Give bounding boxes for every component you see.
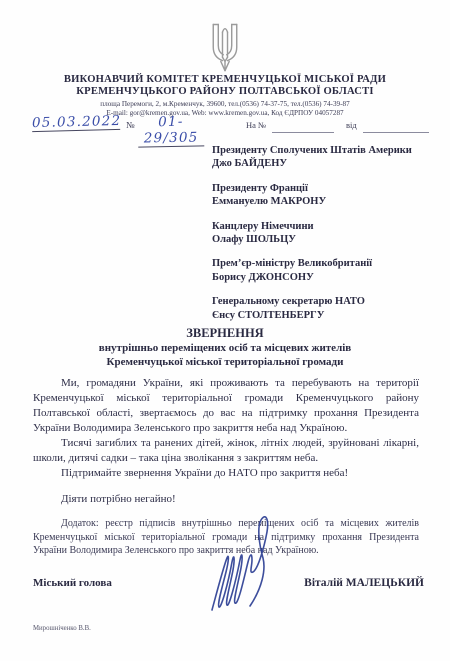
number-sign: № (126, 120, 135, 130)
scanned-letter-page: ВИКОНАВЧИЙ КОМІТЕТ КРЕМЕНЧУЦЬКОЇ МІСЬКОЇ… (0, 0, 450, 661)
org-address: площа Перемоги, 2, м.Кременчук, 39600, т… (0, 100, 450, 109)
addressees-block: Президенту Сполучених Штатів Америки Джо… (212, 144, 442, 333)
addressee-name: Еммануелю МАКРОНУ (212, 195, 442, 208)
document-subtitle-line2: Кременчуцької міської територіальної гро… (0, 355, 450, 369)
signature-row: Міський голова Віталій МАЛЕЦЬКИЙ (33, 577, 424, 589)
addressee-name: Джо БАЙДЕНУ (212, 157, 442, 170)
addressee-germany: Канцлеру Німеччини Олафу ШОЛЬЦУ (212, 220, 442, 247)
addressee-name: Єнсу СТОЛТЕНБЕРГУ (212, 309, 442, 322)
addressee-usa: Президенту Сполучених Штатів Америки Джо… (212, 144, 442, 171)
addressee-name: Олафу ШОЛЬЦУ (212, 233, 442, 246)
signer-position: Міський голова (33, 577, 112, 589)
addressee-uk: Прем’єр-міністру Великобританії Борису Д… (212, 257, 442, 284)
addressee-title: Канцлеру Німеччини (212, 220, 442, 233)
signature-icon (203, 510, 305, 620)
addressee-title: Президенту Сполучених Штатів Америки (212, 144, 442, 157)
addressee-nato: Генеральному секретарю НАТО Єнсу СТОЛТЕН… (212, 295, 442, 322)
paragraph-casualties: Тисячі загиблих та ранених дітей, жінок,… (33, 436, 419, 466)
org-name-line2: КРЕМЕНЧУЦЬКОГО РАЙОНУ ПОЛТАВСЬКОЇ ОБЛАСТ… (0, 86, 450, 98)
from-date-label: від (346, 120, 357, 130)
handwritten-date: 05.03.2022 (32, 113, 120, 132)
ukraine-trident-icon (206, 22, 244, 74)
paragraph-appeal: Ми, громадяни України, які проживають та… (33, 376, 419, 436)
signer-name: Віталій МАЛЕЦЬКИЙ (304, 577, 424, 589)
incoming-number-blank-line (272, 132, 334, 133)
document-subtitle-line1: внутрішньо переміщених осіб та місцевих … (0, 341, 450, 355)
executor-name: Мирошніченко В.В. (33, 625, 91, 632)
paragraph-support-call: Підтримайте звернення України до НАТО пр… (33, 466, 419, 481)
incoming-number-label: На № (246, 120, 266, 130)
addressee-title: Генеральному секретарю НАТО (212, 295, 442, 308)
document-title: ЗВЕРНЕННЯ (0, 326, 450, 341)
reference-row: 05.03.2022 № 01-29/305 На № від (0, 112, 450, 138)
handwritten-number: 01-29/305 (138, 113, 205, 147)
from-date-blank-line (363, 132, 429, 133)
addressee-title: Прем’єр-міністру Великобританії (212, 257, 442, 270)
paragraph-act-now: Діяти потрібно негайно! (33, 492, 419, 507)
document-title-block: ЗВЕРНЕННЯ внутрішньо переміщених осіб та… (0, 326, 450, 369)
addressee-name: Борису ДЖОНСОНУ (212, 271, 442, 284)
addressee-title: Президенту Франції (212, 182, 442, 195)
org-name-line1: ВИКОНАВЧИЙ КОМІТЕТ КРЕМЕНЧУЦЬКОЇ МІСЬКОЇ… (0, 74, 450, 86)
addressee-france: Президенту Франції Еммануелю МАКРОНУ (212, 182, 442, 209)
